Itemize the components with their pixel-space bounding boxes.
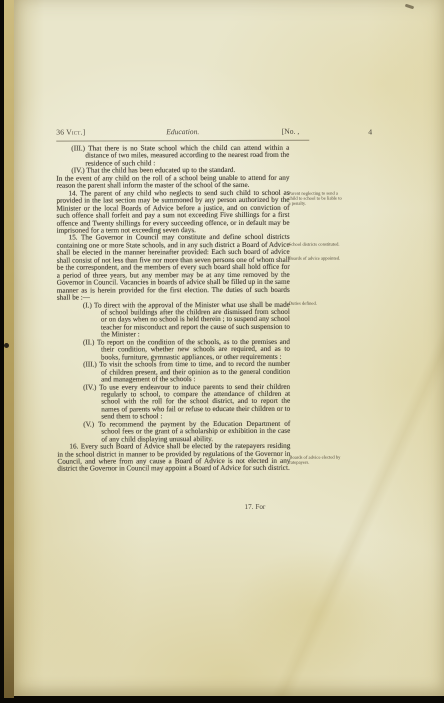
page-number: 4 [368,127,372,136]
statute-paragraph: 15. The Governor in Council may constitu… [57,234,290,302]
scan-speck [4,343,9,348]
paragraph-label: (III.) [71,144,88,152]
text-block: (III.) That there is no State school whi… [56,145,290,474]
paragraph-label: (V.) [83,420,98,428]
paragraph-label: (III.) [83,361,99,369]
margin-note: Boards of advice elected by ratepayers. [289,455,343,465]
margin-note: Duties defined. [289,301,343,306]
page-content: 36 Vict.] Education. [No. , 4 (III.) Tha… [13,0,444,697]
paper-sheet: 36 Vict.] Education. [No. , 4 (III.) Tha… [14,0,444,696]
running-header: 36 Vict.] Education. [No. , [56,127,309,139]
catchword: 17. For [245,503,266,511]
header-title: Education. [56,127,309,137]
paragraph-label: (I.) [83,301,94,309]
statute-paragraph: 16. Every such Board of Advice shall be … [57,443,290,474]
margin-note: Boards of advice appointed. [289,256,343,261]
statute-paragraph: 14. The parent of any child who neglects… [56,190,289,236]
scanned-document-page: 36 Vict.] Education. [No. , 4 (III.) Tha… [0,0,444,703]
header-number: [No. , [282,127,300,136]
margin-note: School districts constituted. [289,242,343,247]
statute-paragraph: (II.) To report on the condition of the … [57,339,290,362]
statute-paragraph: (III.) That there is no State school whi… [56,145,289,168]
paragraph-label: (IV.) [83,383,99,391]
statute-paragraph: (IV.) To use every endeavour to induce p… [57,383,290,421]
statute-paragraph: (I.) To direct with the approval of the … [57,301,290,339]
margin-note: Parent neglecting to send a child to sch… [288,191,342,206]
header-rule [56,140,309,142]
statute-paragraph: (III.) To visit the schools from time to… [57,361,290,384]
statute-paragraph: (V.) To recommend the payment by the Edu… [57,421,290,444]
paragraph-label: (II.) [83,338,97,346]
